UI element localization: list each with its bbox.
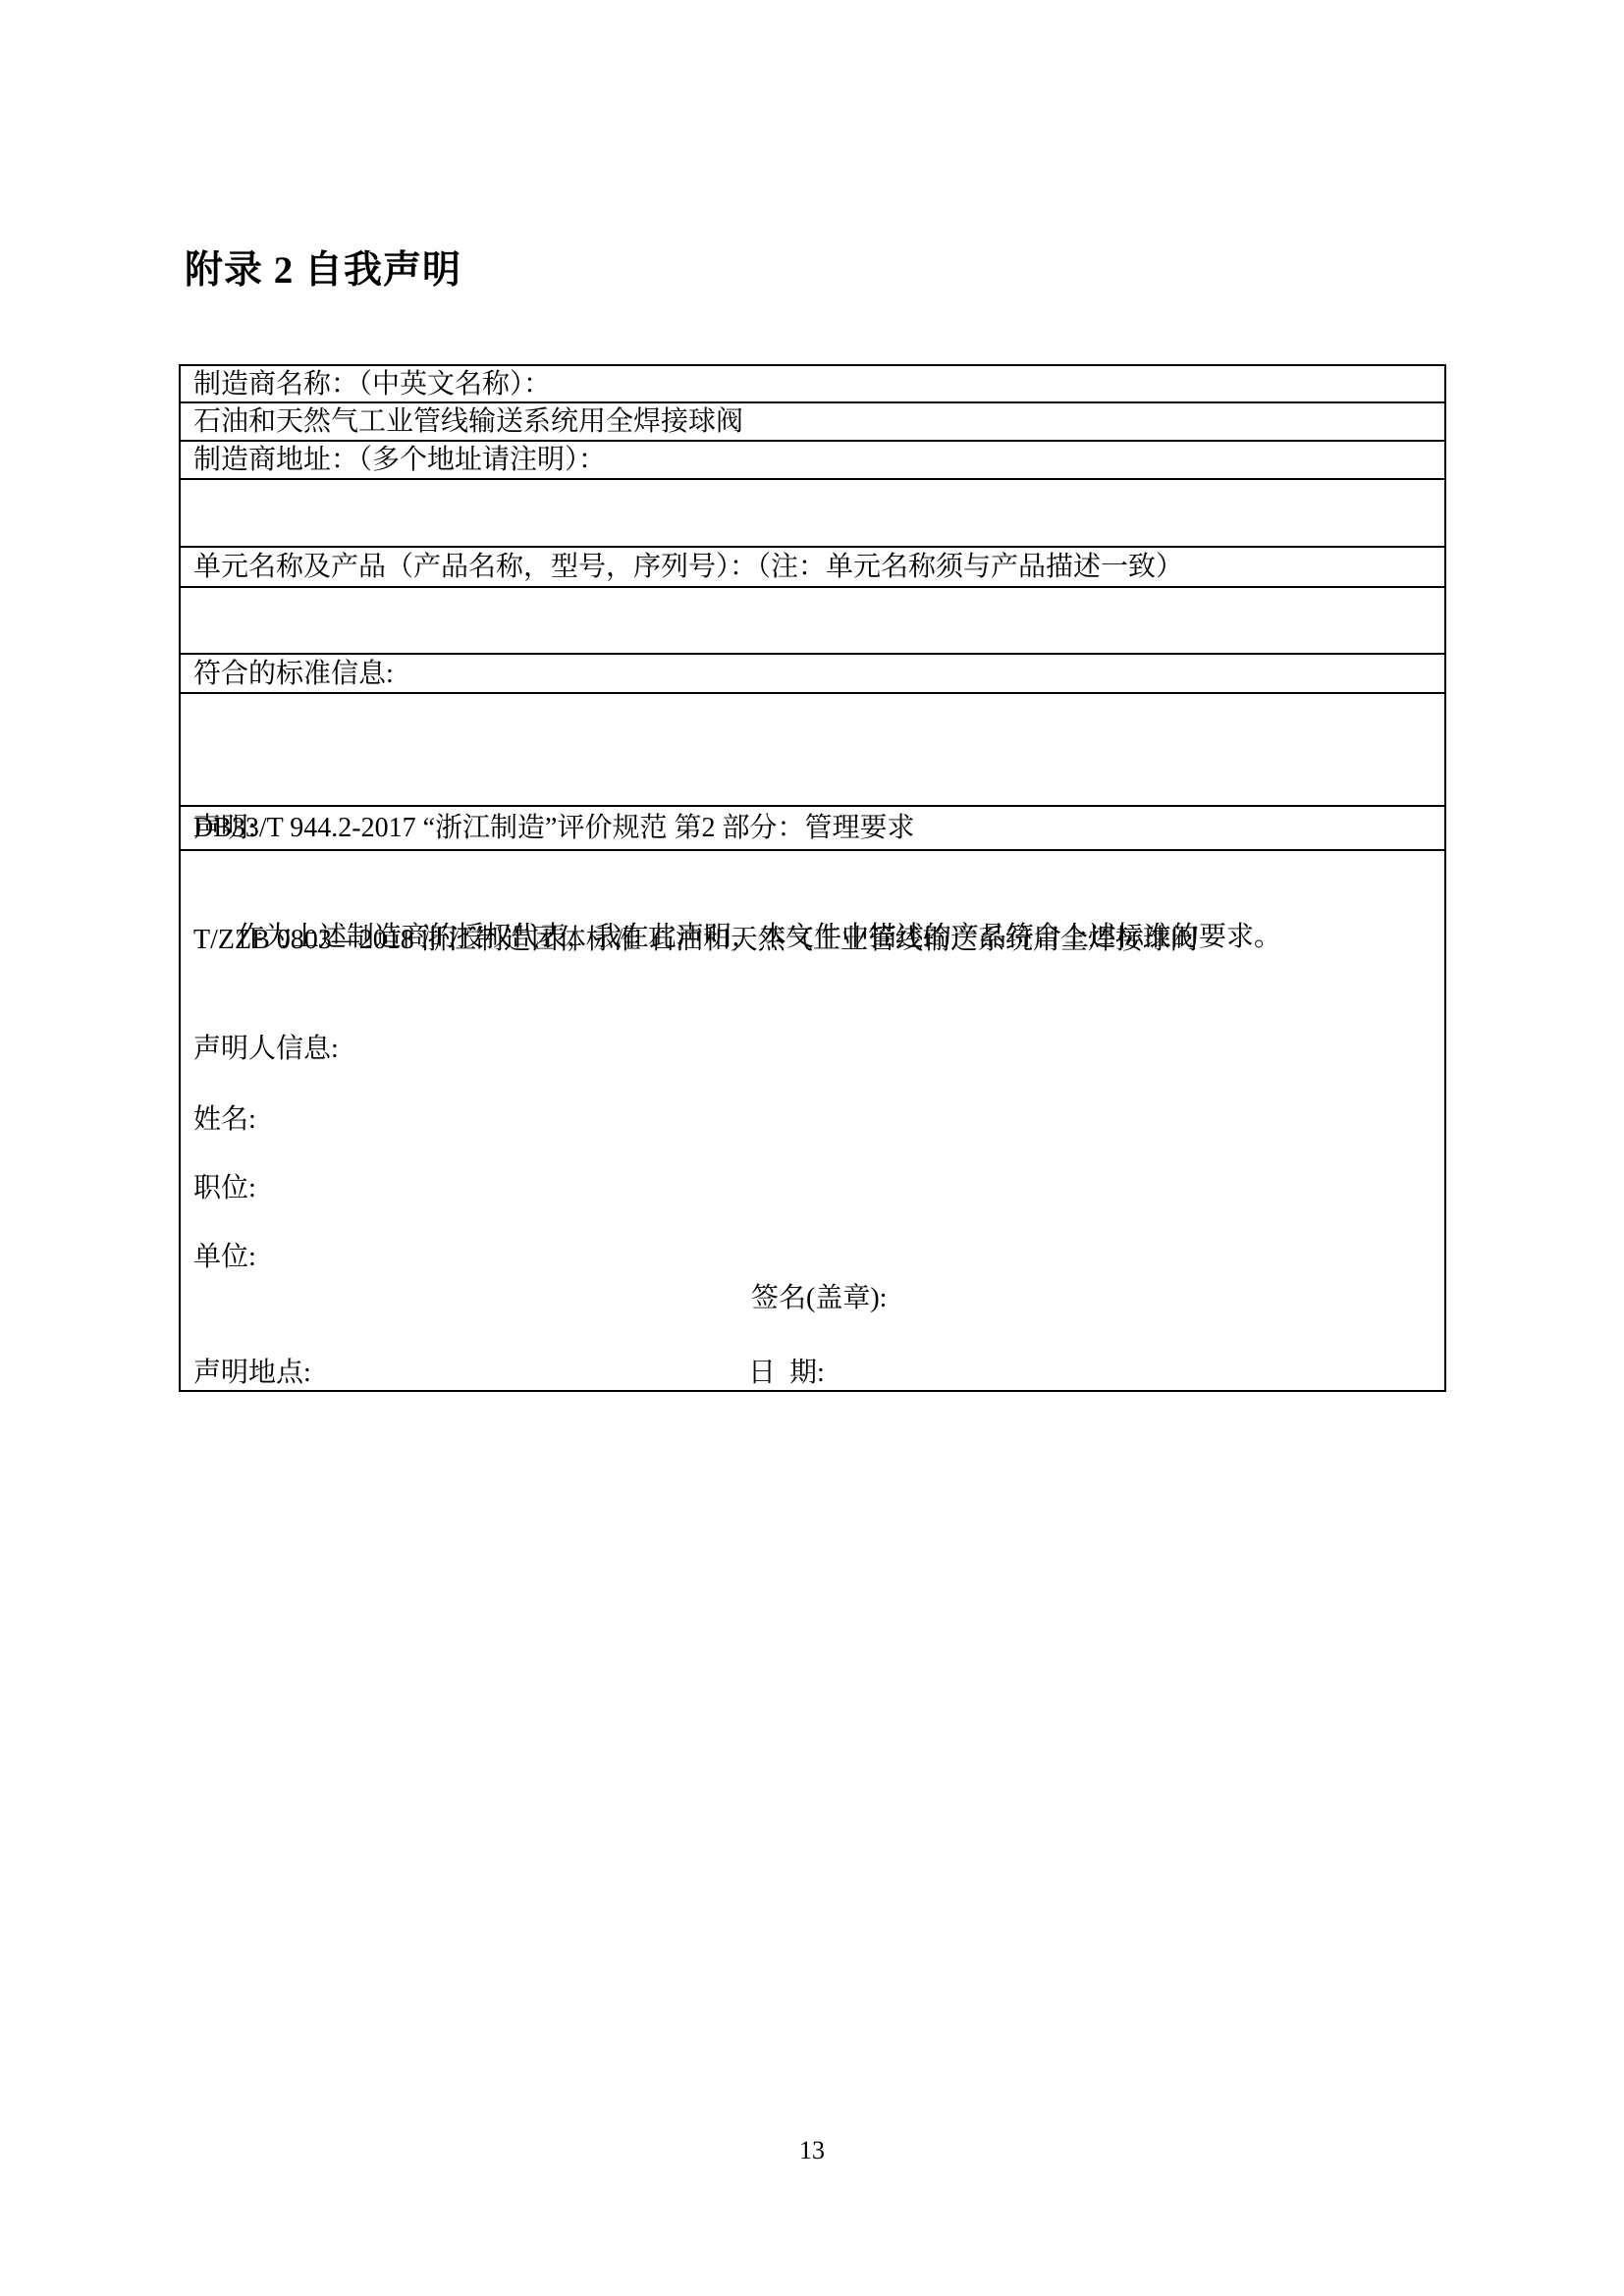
manufacturer-address-label: 制造商地址：（多个地址请注明）： [181, 440, 1444, 478]
organization-field-label: 单位: [193, 1240, 256, 1274]
declarant-info-label: 声明人信息: [193, 1032, 339, 1066]
document-page: 附录 2 自我声明 制造商名称：（中英文名称）： 石油和天然气工业管线输送系统用… [0, 0, 1624, 2296]
manufacturer-address-value [181, 478, 1444, 546]
page-title: 附录 2 自我声明 [185, 240, 461, 294]
signature-seal-field-label: 签名(盖章): [751, 1281, 887, 1315]
unit-product-value [181, 586, 1444, 653]
name-field-label: 姓名: [193, 1102, 256, 1137]
manufacturer-name-label: 制造商名称：（中英文名称）： [181, 366, 1444, 401]
declaration-statement: 作为上述制造商的授权代表，我在此声明，本文件中描述的产品符合上述标准的要求。 [193, 920, 1415, 954]
self-declaration-form-table: 制造商名称：（中英文名称）： 石油和天然气工业管线输送系统用全焊接球阀 制造商地… [179, 364, 1446, 1392]
position-field-label: 职位: [193, 1171, 256, 1205]
declaration-place-field-label: 声明地点: [193, 1356, 311, 1390]
page-number: 13 [0, 2136, 1624, 2165]
standards-info-label: 符合的标准信息: [181, 653, 1444, 692]
unit-product-label: 单元名称及产品（产品名称，型号，序列号）：（注：单元名称须与产品描述一致） [181, 546, 1444, 586]
manufacturer-name-value: 石油和天然气工业管线输送系统用全焊接球阀 [181, 401, 1444, 440]
standards-list: DB33/T 944.2-2017 “浙江制造”评价规范 第2 部分：管理要求 … [181, 692, 1444, 805]
date-field-label: 日 期: [748, 1356, 825, 1390]
declaration-section: 作为上述制造商的授权代表，我在此声明，本文件中描述的产品符合上述标准的要求。 声… [181, 849, 1444, 1390]
